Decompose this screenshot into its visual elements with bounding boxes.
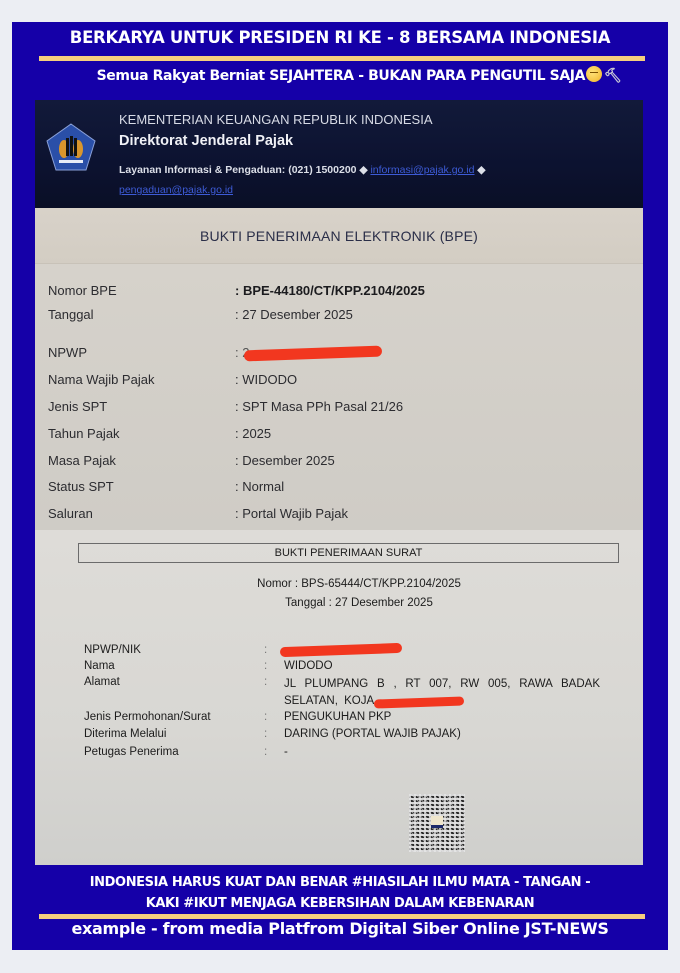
- redaction-mark: [244, 346, 382, 362]
- field-label: NPWP: [48, 345, 228, 360]
- field-colon: :: [264, 728, 267, 740]
- kemenkeu-logo-icon: [45, 122, 97, 174]
- ministry-name: KEMENTERIAN KEUANGAN REPUBLIK INDONESIA: [119, 112, 433, 127]
- field-label: Alamat: [84, 676, 264, 688]
- bpe-row-jenis-spt: Jenis SPT : SPT Masa PPh Pasal 21/26: [48, 399, 228, 414]
- field-value: : 2025: [235, 426, 271, 441]
- bpe-details: Nomor BPE : BPE-44180/CT/KPP.2104/2025 T…: [35, 264, 643, 530]
- field-colon: :: [264, 711, 267, 723]
- field-value: : SPT Masa PPh Pasal 21/26: [235, 399, 403, 414]
- separator-diamond-icon: ◆: [359, 164, 367, 176]
- banner-bottom-slogan: INDONESIA HARUS KUAT DAN BENAR #HIASILAH…: [12, 872, 668, 914]
- bpe-row-saluran: Saluran : Portal Wajib Pajak: [48, 506, 228, 521]
- field-label: Masa Pajak: [48, 453, 228, 468]
- qr-center-logo: [431, 816, 443, 828]
- bpe-row-nama: Nama Wajib Pajak : WIDODO: [48, 372, 228, 387]
- field-label: Nama: [84, 660, 264, 672]
- field-label: Nomor BPE: [48, 283, 228, 298]
- email-complaint-link[interactable]: pengaduan@pajak.go.id: [119, 184, 233, 196]
- bps-row-jenis-permohonan: Jenis Permohonan/Surat : PENGUKUHAN PKP: [84, 711, 264, 723]
- bpe-title: BUKTI PENERIMAAN ELEKTRONIK (BPE): [35, 208, 643, 264]
- field-label: Status SPT: [48, 479, 228, 494]
- field-label: Jenis Permohonan/Surat: [84, 711, 264, 723]
- field-label: Diterima Melalui: [84, 728, 264, 740]
- bps-row-alamat: Alamat : JL PLUMPANG B , RT 007, RW 005,…: [84, 676, 264, 688]
- bps-tanggal: Tanggal : 27 Desember 2025: [35, 597, 643, 609]
- bpe-row-status-spt: Status SPT : Normal: [48, 479, 228, 494]
- banner-top-title: BERKARYA UNTUK PRESIDEN RI KE - 8 BERSAM…: [12, 28, 668, 47]
- contact-info: Layanan Informasi & Pengaduan: (021) 150…: [119, 160, 639, 200]
- banner-bottom-line-2: KAKI #IKUT MENJAGA KEBERSIHAN DALAM KEBE…: [12, 893, 668, 914]
- field-label: Saluran: [48, 506, 228, 521]
- separator-diamond-icon: ◆: [477, 164, 485, 176]
- contact-phone: Layanan Informasi & Pengaduan: (021) 150…: [119, 164, 357, 176]
- banner-footer: example - from media Platfrom Digital Si…: [12, 919, 668, 938]
- bpe-row-npwp: NPWP : 2: [48, 345, 228, 360]
- hammer-icon: 🔨︎: [604, 68, 621, 84]
- banner-subtitle: Semua Rakyat Berniat SEJAHTERA - BUKAN P…: [12, 66, 668, 84]
- field-value: : 27 Desember 2025: [235, 307, 353, 322]
- field-label: Nama Wajib Pajak: [48, 372, 228, 387]
- document-photo: KEMENTERIAN KEUANGAN REPUBLIK INDONESIA …: [35, 100, 643, 865]
- gold-divider-top: [39, 56, 645, 61]
- field-value: -: [284, 746, 288, 758]
- banner-subtitle-text: Semua Rakyat Berniat SEJAHTERA - BUKAN P…: [97, 68, 585, 84]
- bps-title: BUKTI PENERIMAAN SURAT: [78, 543, 619, 563]
- banner-bottom-line-1: INDONESIA HARUS KUAT DAN BENAR #HIASILAH…: [12, 872, 668, 893]
- email-info-link[interactable]: informasi@pajak.go.id: [370, 164, 474, 176]
- field-value: DARING (PORTAL WAJIB PAJAK): [284, 728, 461, 740]
- field-value: : Portal Wajib Pajak: [235, 506, 348, 521]
- redaction-mark: [280, 643, 402, 657]
- rolling-eyes-emoji-icon: [586, 66, 602, 82]
- bpe-row-masa-pajak: Masa Pajak : Desember 2025: [48, 453, 228, 468]
- djp-header: KEMENTERIAN KEUANGAN REPUBLIK INDONESIA …: [35, 100, 643, 208]
- field-label: Tahun Pajak: [48, 426, 228, 441]
- bpe-row-nomor: Nomor BPE : BPE-44180/CT/KPP.2104/2025: [48, 283, 228, 298]
- field-label: NPWP/NIK: [84, 644, 264, 656]
- field-colon: :: [264, 746, 267, 758]
- bps-row-npwp-nik: NPWP/NIK :: [84, 644, 264, 656]
- bps-nomor: Nomor : BPS-65444/CT/KPP.2104/2025: [35, 578, 643, 590]
- field-label: Petugas Penerima: [84, 746, 264, 758]
- field-label: Tanggal: [48, 307, 228, 322]
- bps-row-nama: Nama : WIDODO: [84, 660, 264, 672]
- bps-row-diterima-melalui: Diterima Melalui : DARING (PORTAL WAJIB …: [84, 728, 264, 740]
- field-value: WIDODO: [284, 660, 333, 672]
- bps-section: BUKTI PENERIMAAN SURAT Nomor : BPS-65444…: [35, 530, 643, 865]
- field-colon: :: [264, 676, 267, 688]
- field-colon: :: [264, 660, 267, 672]
- field-value: : Desember 2025: [235, 453, 335, 468]
- bps-row-petugas-penerima: Petugas Penerima : -: [84, 746, 264, 758]
- field-value: : Normal: [235, 479, 284, 494]
- field-value: PENGUKUHAN PKP: [284, 711, 391, 723]
- field-colon: :: [264, 644, 267, 656]
- field-value: : BPE-44180/CT/KPP.2104/2025: [235, 283, 425, 298]
- qr-code-icon: [409, 794, 465, 852]
- field-value: : WIDODO: [235, 372, 297, 387]
- field-label: Jenis SPT: [48, 399, 228, 414]
- bpe-row-tanggal: Tanggal : 27 Desember 2025: [48, 307, 228, 322]
- bpe-row-tahun-pajak: Tahun Pajak : 2025: [48, 426, 228, 441]
- directorate-name: Direktorat Jenderal Pajak: [119, 133, 293, 149]
